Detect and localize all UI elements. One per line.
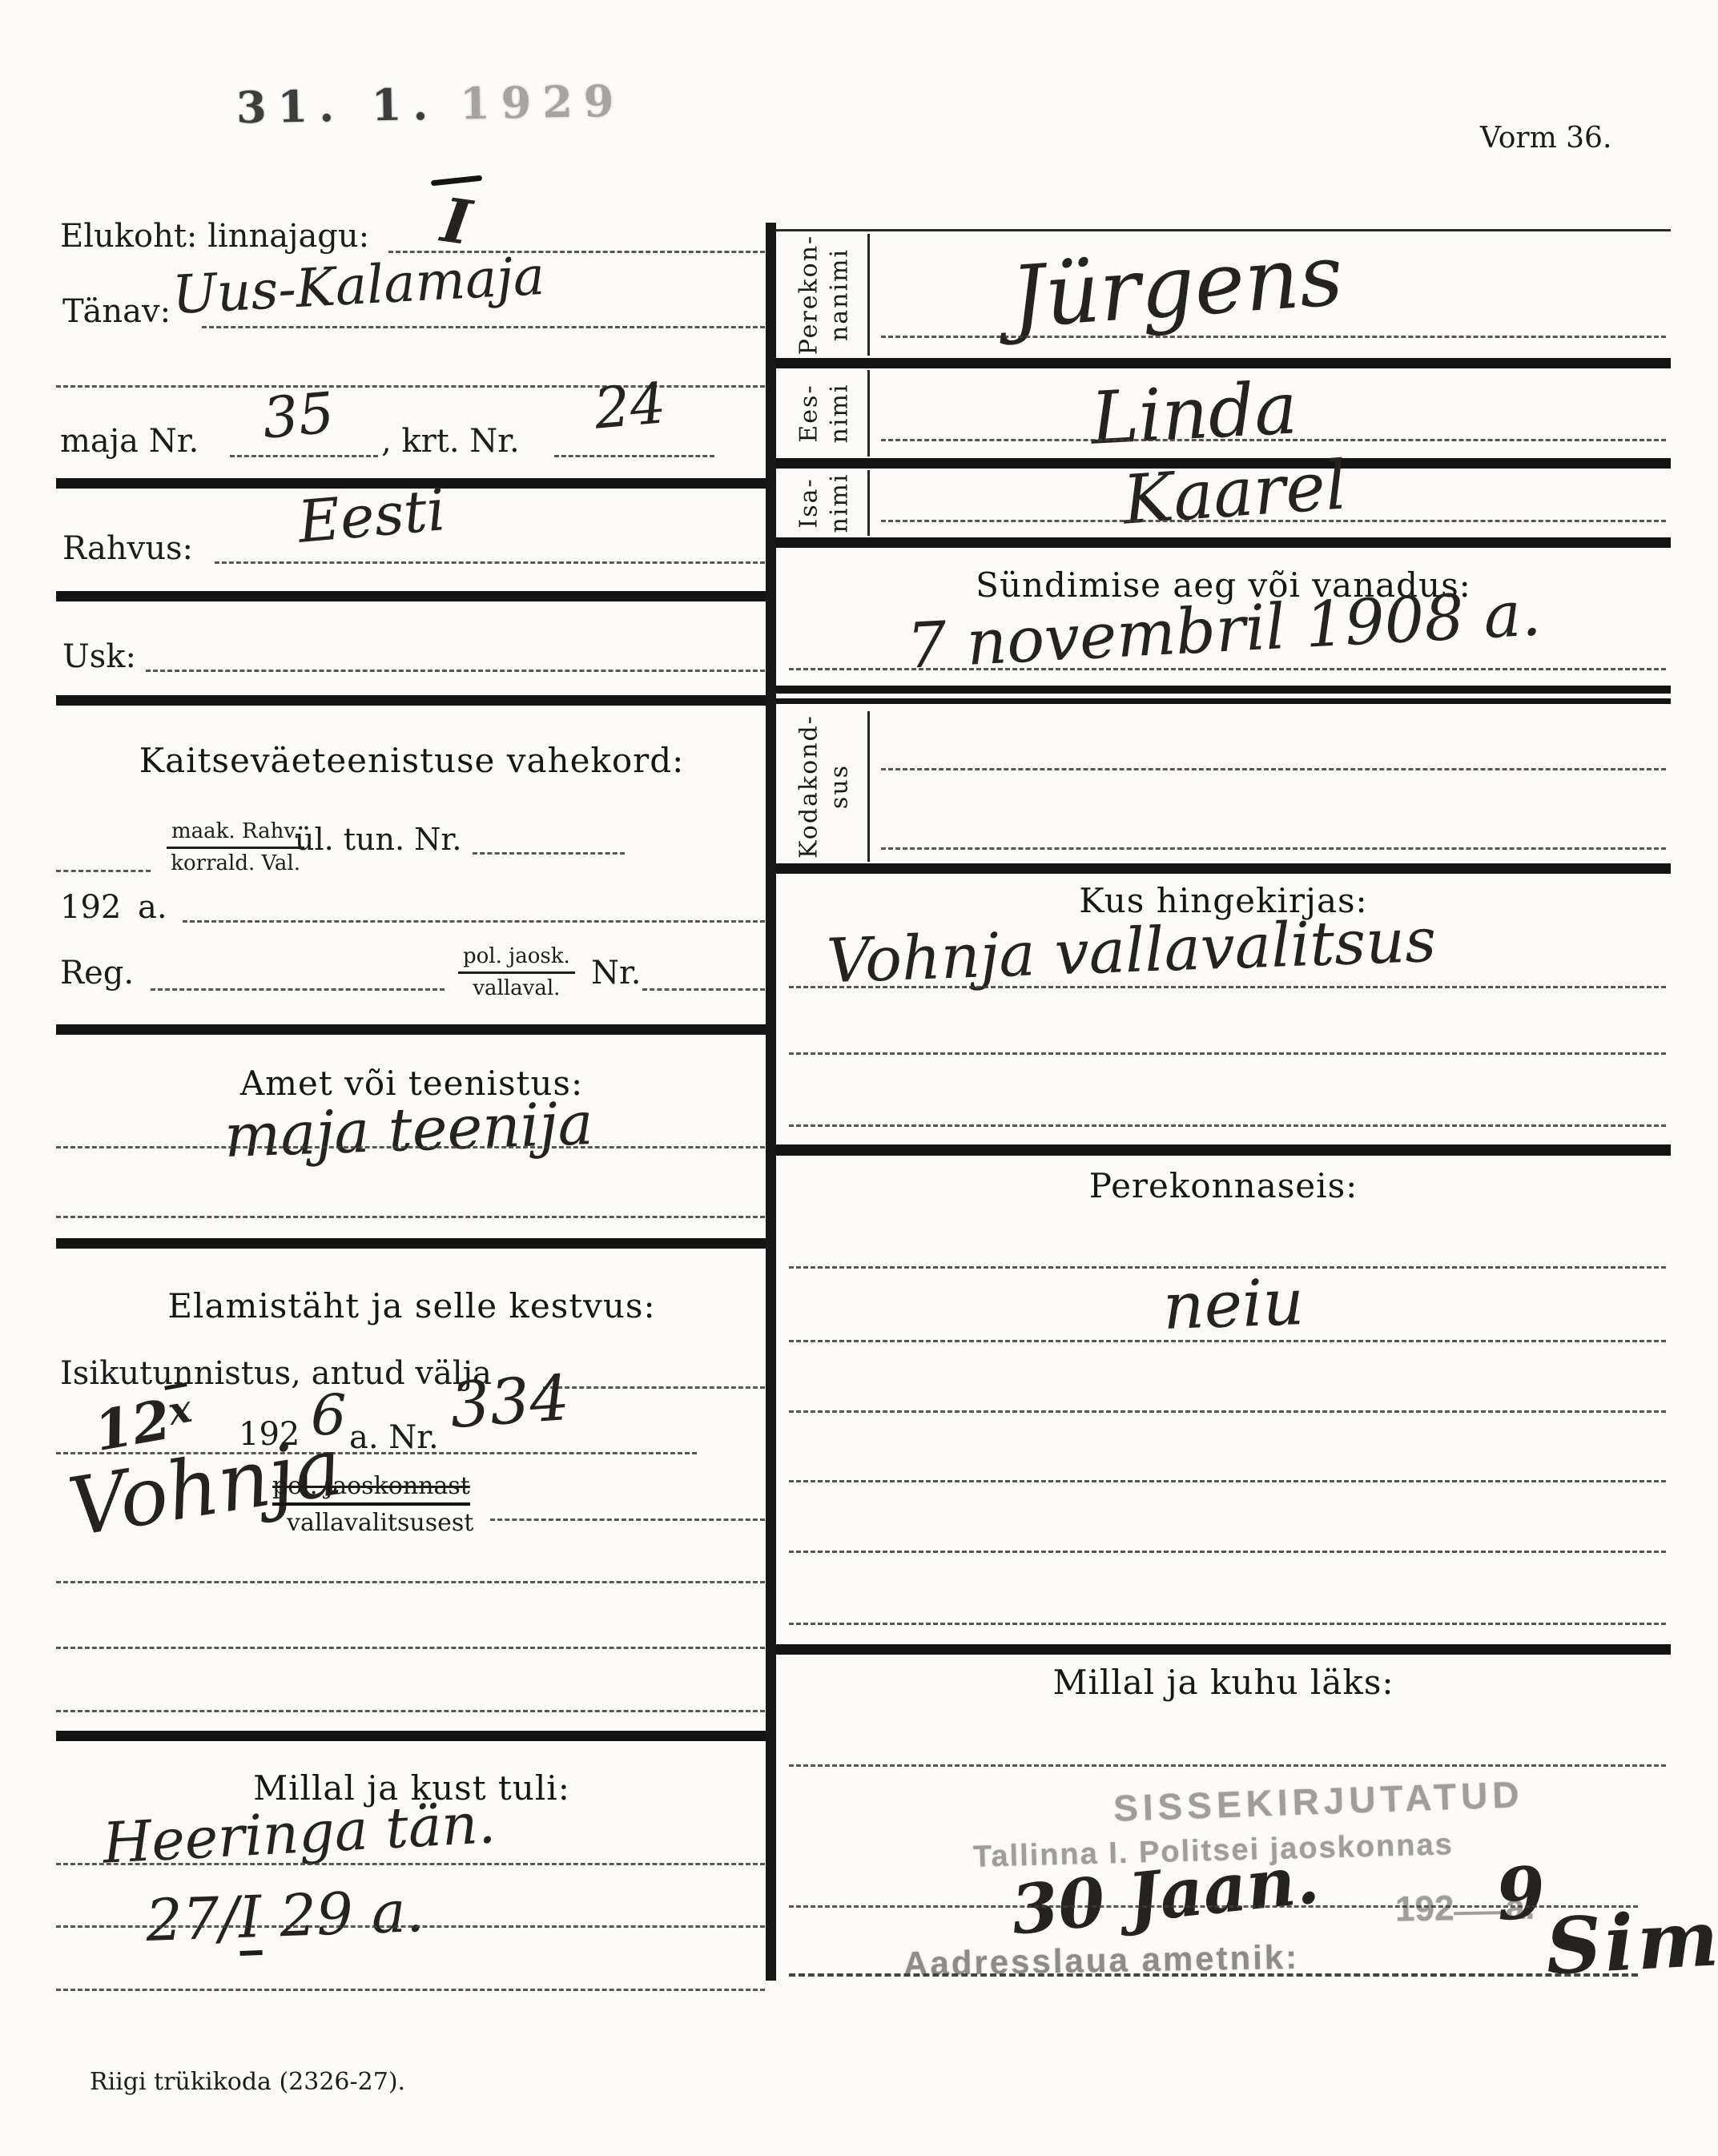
date-stamp: 31. 1.1929 <box>235 75 625 133</box>
printer-footer: Riigi trükikoda (2326-27). <box>90 2068 405 2096</box>
maak-korrald-fraction: maak. Rahv. korrald. Val. <box>167 819 304 876</box>
perekonnaseis-value: neiu <box>1161 1265 1305 1344</box>
year-a-label: a. <box>138 889 167 926</box>
dotted-line <box>230 455 378 457</box>
kaitse-heading: Kaitseväeteenistuse vahekord: <box>56 741 767 780</box>
kodakondsus-label-line2: sus <box>824 714 855 859</box>
dotted-line <box>789 1551 1666 1553</box>
divider-bar <box>56 1024 767 1035</box>
reg-label: Reg. <box>60 955 134 992</box>
kodakondsus-label-line1: Kodakond- <box>795 714 825 859</box>
dotted-line <box>789 986 1666 988</box>
rahvus-value: Eesti <box>296 476 449 556</box>
vallavalitsusest-label: vallavalitsusest <box>287 1509 473 1537</box>
dotted-line <box>215 561 765 564</box>
divider-bar <box>776 863 1671 874</box>
dotted-line <box>56 1925 765 1928</box>
divider-bar <box>56 1731 767 1741</box>
pol-vallaval-fraction: pol. jaosk. vallaval. <box>458 943 575 1001</box>
dotted-line <box>881 439 1666 441</box>
amet-value: maja teenija <box>223 1089 594 1171</box>
pol-jaoskonnast-label: pol. jaoskonnast <box>272 1472 470 1506</box>
divider-bar <box>56 1238 767 1249</box>
row-top-line <box>776 229 1671 231</box>
reg-nr-label: Nr. <box>591 955 641 992</box>
rahvus-label: Rahvus: <box>62 530 193 567</box>
sissekirjutatud-stamp: SISSEKIRJUTATUD <box>1112 1772 1524 1830</box>
dotted-line <box>56 1863 765 1865</box>
perekonnanimi-label: Perekon- nanimi <box>795 235 855 355</box>
korrald-val-label: korrald. Val. <box>167 849 304 877</box>
tuli-date-value: 27/I 29 a. <box>145 1877 425 1954</box>
divider-bar <box>776 537 1671 548</box>
dotted-line <box>789 668 1666 670</box>
isanimi-label: Isa- nimi <box>795 473 855 533</box>
dotted-line <box>56 1581 765 1583</box>
linnajagu-value: I <box>437 184 476 259</box>
tanav-label: Tänav: <box>62 293 171 330</box>
date-stamp-day-month: 31. 1. <box>235 78 439 133</box>
dotted-line <box>56 870 151 872</box>
tuli-date-month: I <box>237 1883 263 1956</box>
eesnimi-value: Linda <box>1088 366 1299 461</box>
divider-bar <box>776 1644 1671 1655</box>
isanimi-label-box: Isa- nimi <box>781 470 870 536</box>
dotted-line <box>56 1989 765 1991</box>
maja-nr-label: maja Nr. <box>60 423 199 460</box>
dotted-line <box>146 670 765 672</box>
dotted-line <box>881 768 1666 770</box>
dotted-line <box>642 988 765 991</box>
dotted-line <box>202 326 765 328</box>
divider-bar <box>56 695 767 706</box>
elukoht-label: Elukoht: linnajagu: <box>60 218 369 255</box>
perekonnanimi-label-line1: Perekon- <box>795 235 825 355</box>
divider-bar <box>776 358 1671 368</box>
stamp-year-printed: 192 <box>1395 1889 1454 1929</box>
dotted-line <box>789 1124 1666 1127</box>
dotted-line <box>490 1518 765 1521</box>
dotted-line <box>183 920 765 923</box>
dotted-line <box>789 1052 1666 1055</box>
dotted-line <box>881 520 1666 522</box>
eesnimi-label-line1: Ees- <box>795 384 825 444</box>
dotted-line <box>56 1146 765 1148</box>
vallaval-label: vallaval. <box>458 974 575 1002</box>
perekonnanimi-value: Jürgens <box>1008 226 1346 348</box>
kodakondsus-label: Kodakond- sus <box>795 714 855 859</box>
isanimi-label-line1: Isa- <box>795 473 825 533</box>
pol-jaosk-label: pol. jaosk. <box>458 943 575 974</box>
dotted-line <box>881 336 1666 338</box>
dotted-line <box>789 1340 1666 1342</box>
year-192-label: 192 <box>60 889 121 926</box>
maja-nr-value: 35 <box>260 380 337 451</box>
tuli-date-day: 27/ <box>145 1884 240 1954</box>
divider-bar <box>776 686 1671 694</box>
date-stamp-year: 1929 <box>460 75 626 130</box>
dotted-line <box>543 1386 765 1389</box>
eesnimi-label-box: Ees- nimi <box>781 370 870 457</box>
eesnimi-label-line2: nimi <box>824 384 855 444</box>
maak-rahv-label: maak. Rahv. <box>167 819 304 849</box>
elamistaht-heading: Elamistäht ja selle kestvus: <box>56 1286 767 1325</box>
issued-nr-value: 334 <box>448 1362 572 1442</box>
kodakondsus-label-box: Kodakond- sus <box>781 711 870 862</box>
perekonnanimi-label-box: Perekon- nanimi <box>781 234 870 356</box>
linnajagu-overbar <box>431 175 482 187</box>
issued-a-nr-label: a. Nr. <box>349 1419 439 1456</box>
dotted-line <box>789 1973 1638 1977</box>
perekonnaseis-heading: Perekonnaseis: <box>776 1166 1671 1205</box>
tuli-date-year: 29 a. <box>260 1877 425 1950</box>
column-divider <box>766 223 776 1981</box>
usk-label: Usk: <box>62 638 136 675</box>
entry-year-digit: 9 <box>1493 1850 1549 1937</box>
dotted-line <box>56 1647 765 1649</box>
dotted-line <box>789 1623 1666 1625</box>
divider-bar <box>56 591 767 601</box>
divider-bar <box>776 698 1671 704</box>
registration-card: 31. 1.1929 Vorm 36. I Elukoht: linnajagu… <box>0 0 1718 2156</box>
dotted-line <box>56 1216 765 1218</box>
dotted-line <box>56 1710 765 1712</box>
krt-nr-label: , krt. Nr. <box>381 423 520 460</box>
form-number: Vorm 36. <box>1480 122 1611 155</box>
eesnimi-label: Ees- nimi <box>795 384 855 444</box>
krt-nr-value: 24 <box>592 370 669 441</box>
isikutunnistus-label: Isikutunnistus, antud välja <box>60 1355 492 1392</box>
tanav-value: Uus-Kalamaja <box>171 245 546 326</box>
dotted-line <box>554 455 714 457</box>
dotted-line <box>881 847 1666 850</box>
dotted-line <box>151 988 445 991</box>
dotted-line <box>789 1764 1666 1767</box>
divider-bar <box>776 1144 1671 1156</box>
dotted-line <box>789 1480 1666 1482</box>
dotted-line <box>789 1410 1666 1413</box>
laks-heading: Millal ja kuhu läks: <box>776 1663 1671 1702</box>
ul-tun-label: ül. tun. Nr. <box>295 822 461 857</box>
perekonnanimi-label-line2: nanimi <box>824 235 855 355</box>
dotted-line <box>789 1905 1638 1908</box>
isanimi-label-line2: nimi <box>824 473 855 533</box>
isanimi-value: Kaarel <box>1121 445 1350 539</box>
dotted-line <box>473 852 625 855</box>
